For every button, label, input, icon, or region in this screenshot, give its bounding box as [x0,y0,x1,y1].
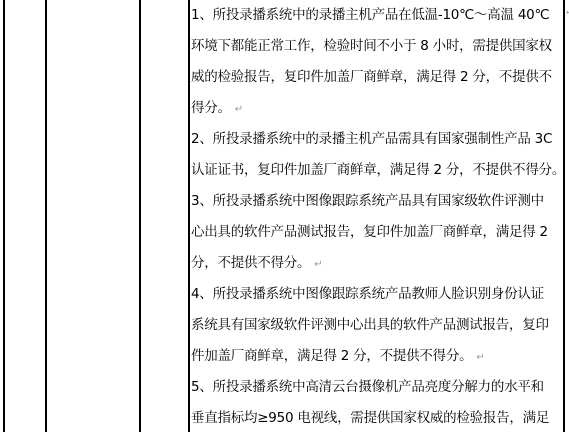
text-line-last: 分，不提供不得分。↵ [191,248,563,279]
table-column-divider-1 [45,0,47,432]
table-column-divider-3 [188,0,190,432]
criteria-item-2: 2、所投录播系统中的录播主机产品需具有国家强制性产品 3C 认证证书，复印件加盖… [191,124,563,186]
text-line: 认证证书，复印件加盖厂商鲜章，满足得 2 分，不提供不得分。 [191,155,563,186]
text-line: 环境下都能正常工作，检验时间不小于 8 小时，需提供国家权 [191,31,563,62]
text-line: 4、所投录播系统中图像跟踪系统产品教师人脸识别身份认证 [191,279,563,310]
paragraph-mark-icon: ↵ [235,104,243,115]
text-span: 分，不提供不得分。 [191,255,310,271]
text-span: 件加盖厂商鲜章，满足得 2 分，不提供不得分。 [191,348,472,364]
scoring-criteria-cell[interactable]: 1、所投录播系统中的录播主机产品在低温-10℃～高温 40℃ 环境下都能正常工作… [191,0,563,432]
text-line: 5、所投录播系统中高清云台摄像机产品亮度分解力的水平和 [191,372,563,403]
text-span: 得分。 [191,100,231,116]
criteria-item-5: 5、所投录播系统中高清云台摄像机产品亮度分解力的水平和 垂直指标均≥950 电视… [191,372,563,432]
text-line: 垂直指标均≥950 电视线，需提供国家权威的检验报告，满足 [191,403,563,432]
criteria-item-1: 1、所投录播系统中的录播主机产品在低温-10℃～高温 40℃ 环境下都能正常工作… [191,0,563,124]
text-line-last: 得分。↵ [191,93,563,124]
table-column-divider-2 [139,0,141,432]
table-border-right [563,0,565,432]
text-line: 心出具的软件产品测试报告，复印件加盖厂商鲜章，满足得 2 [191,217,563,248]
text-line-last: 件加盖厂商鲜章，满足得 2 分，不提供不得分。↵ [191,341,563,372]
criteria-item-4: 4、所投录播系统中图像跟踪系统产品教师人脸识别身份认证 系统具有国家级软件评测中… [191,279,563,372]
text-line: 系统具有国家级软件评测中心出具的软件产品测试报告，复印 [191,310,563,341]
text-line: 1、所投录播系统中的录播主机产品在低温-10℃～高温 40℃ [191,0,563,31]
text-line: 3、所投录播系统中图像跟踪系统产品具有国家级软件评测中 [191,186,563,217]
criteria-item-3: 3、所投录播系统中图像跟踪系统产品具有国家级软件评测中 心出具的软件产品测试报告… [191,186,563,279]
text-line: 2、所投录播系统中的录播主机产品需具有国家强制性产品 3C [191,124,563,155]
table-border-left [3,0,5,432]
paragraph-mark-icon: ↵ [476,352,484,363]
text-line: 威的检验报告，复印件加盖厂商鲜章，满足得 2 分，不提供不 [191,62,563,93]
paragraph-mark-icon: ↵ [314,259,322,270]
